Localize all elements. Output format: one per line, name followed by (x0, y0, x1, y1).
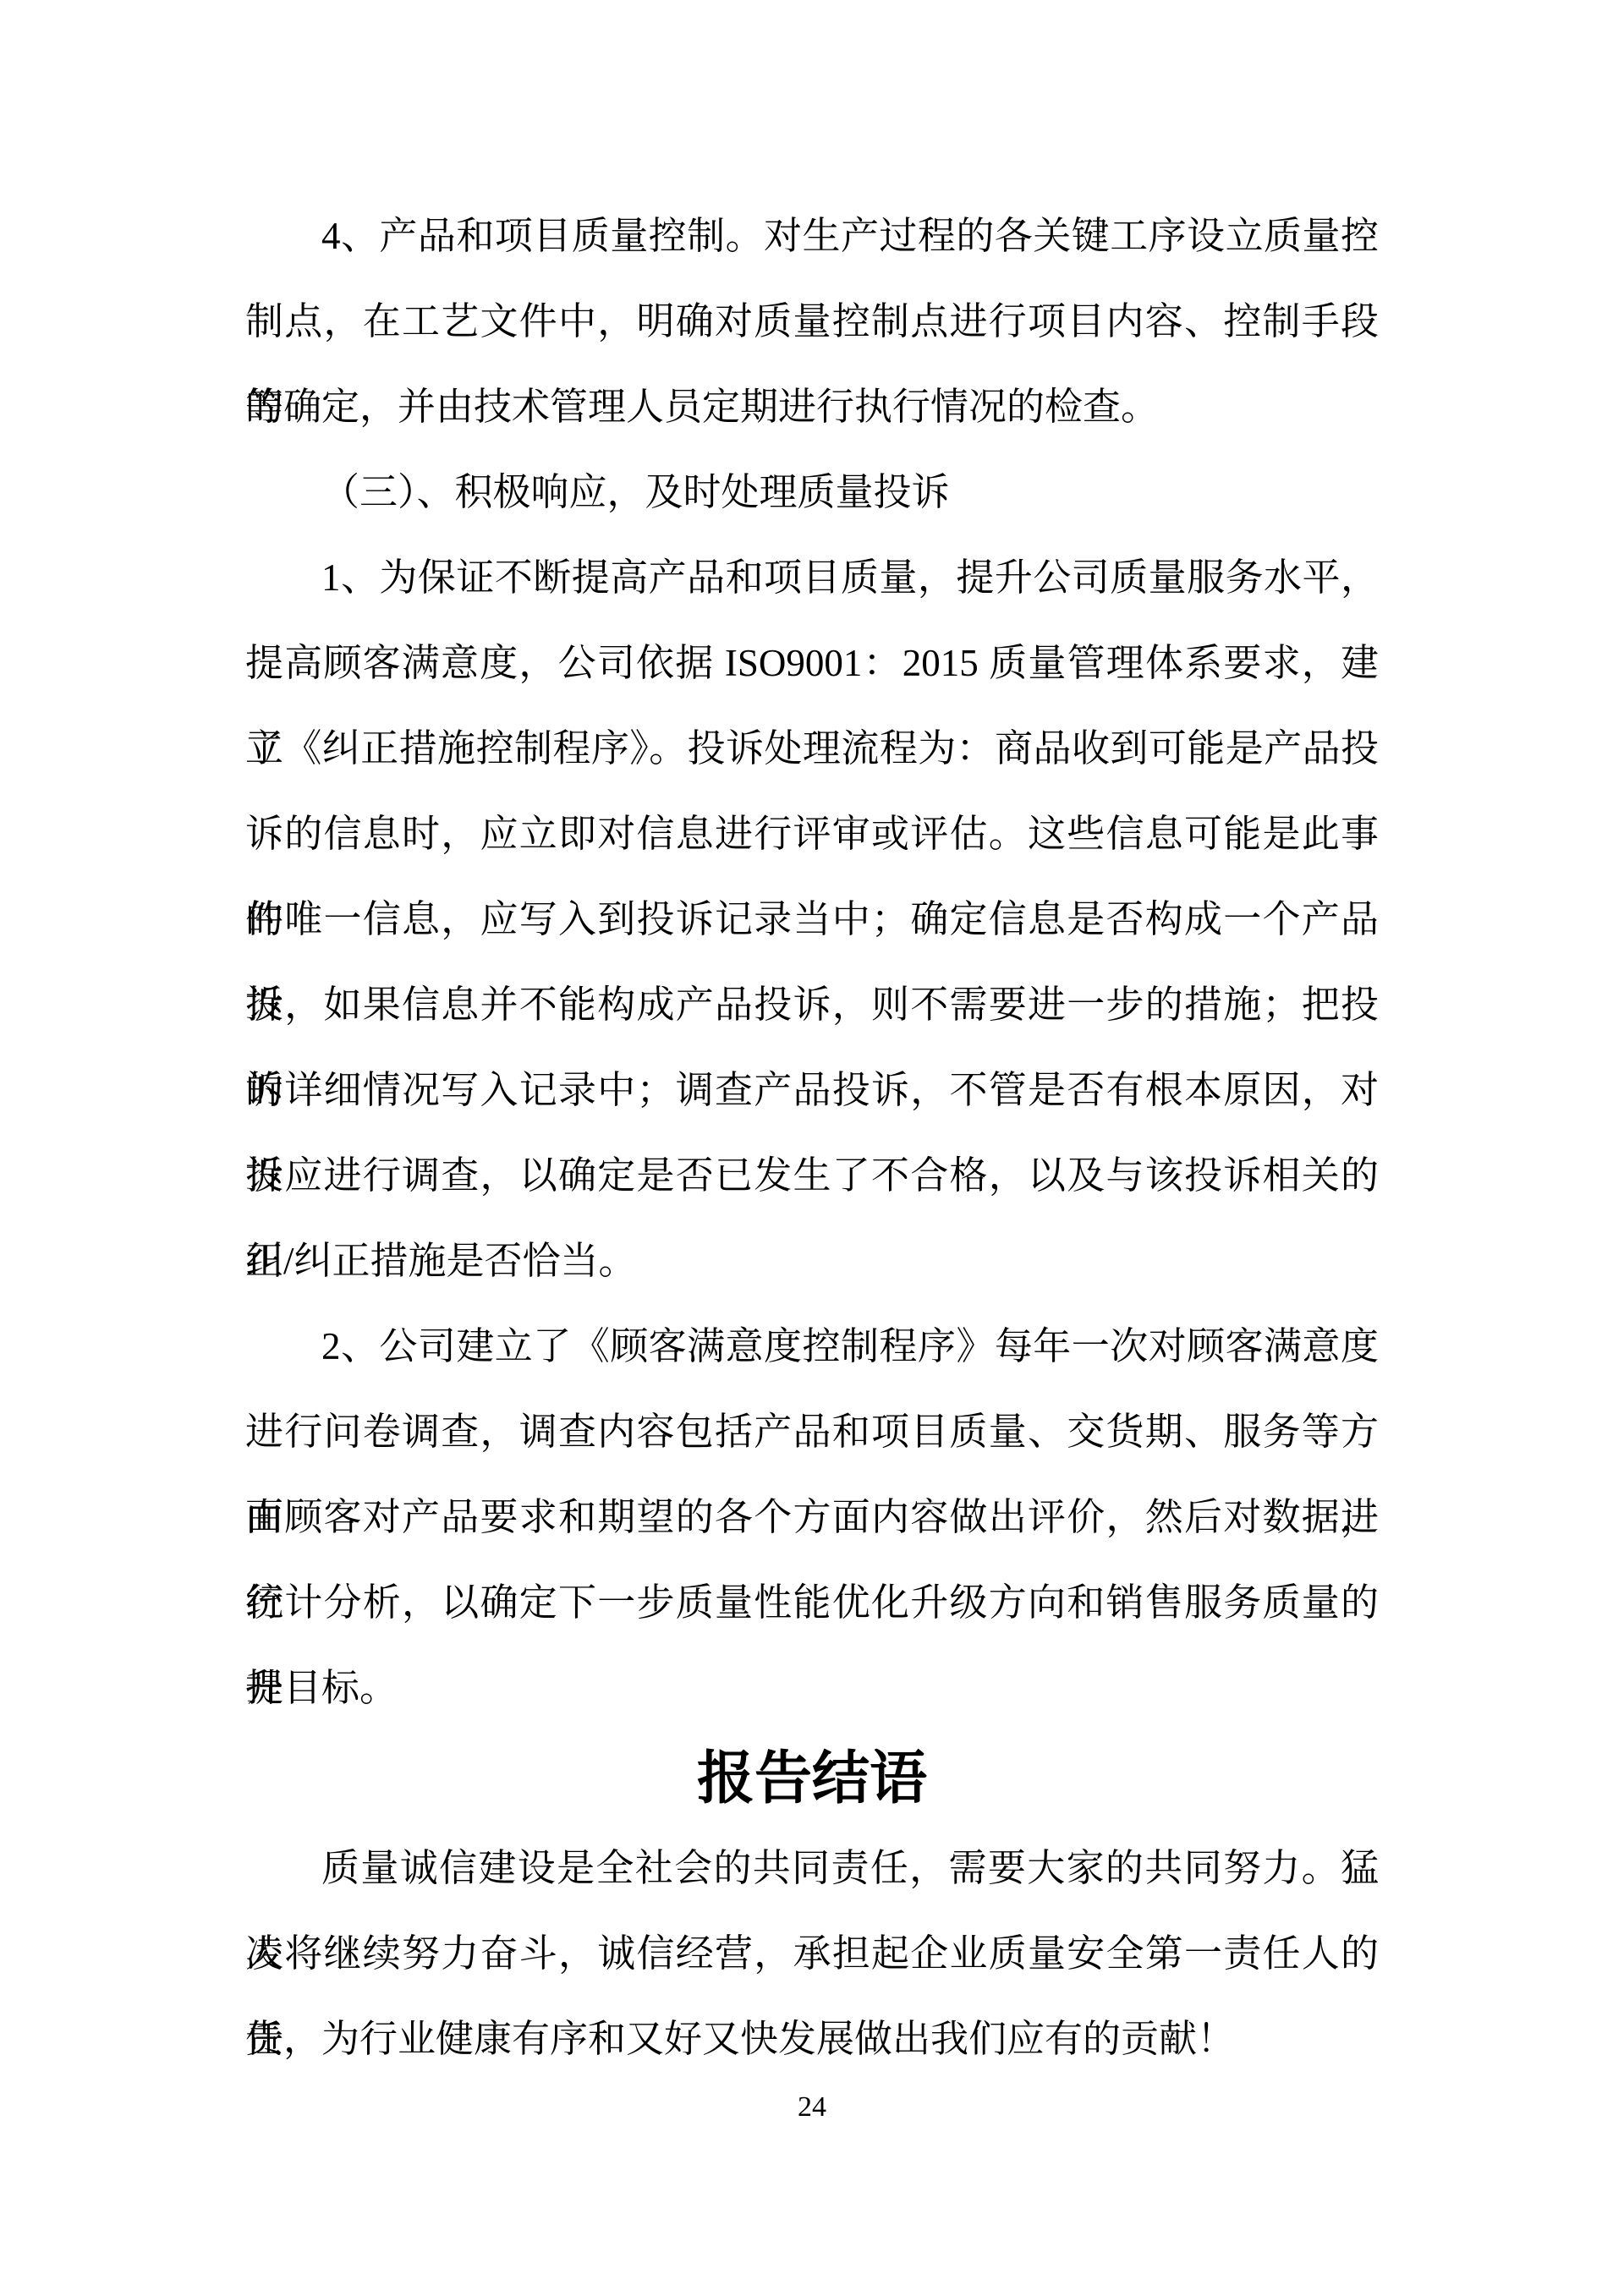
text-line: 的确定，并由技术管理人员定期进行执行情况的检查。 (245, 364, 1379, 450)
paragraph: （三）、积极响应，及时处理质量投诉 (245, 450, 1379, 535)
text-line: 进行问卷调查，调查内容包括产品和项目质量、交货期、服务等方面， (245, 1389, 1379, 1475)
text-line: 了《纠正措施控制程序》。投诉处理流程为：商品收到可能是产品投 (245, 706, 1379, 792)
document-content: 4、产品和项目质量控制。对生产过程的各关键工序设立质量控制点，在工艺文件中，明确… (245, 194, 1379, 2082)
text-line: 的唯一信息，应写入到投诉记录当中；确定信息是否构成一个产品投 (245, 877, 1379, 962)
text-line: 1、为保证不断提高产品和项目质量，提升公司质量服务水平， (245, 535, 1379, 621)
text-line: 诉，如果信息并不能构成产品投诉，则不需要进一步的措施；把投诉 (245, 962, 1379, 1048)
text-line: 提高顾客满意度，公司依据 ISO9001：2015 质量管理体系要求，建立 (245, 621, 1379, 706)
text-line: （三）、积极响应，及时处理质量投诉 (245, 450, 1379, 535)
text-line: 质量诚信建设是全社会的共同责任，需要大家的共同努力。猛凌 (245, 1826, 1379, 1911)
section-heading: 报告结语 (245, 1731, 1379, 1826)
text-line: 正/纠正措施是否恰当。 (245, 1219, 1379, 1304)
paragraph: 质量诚信建设是全社会的共同责任，需要大家的共同努力。猛凌人将继续努力奋斗，诚信经… (245, 1826, 1379, 2082)
text-line: 的详细情况写入记录中；调查产品投诉，不管是否有根本原因，对投 (245, 1048, 1379, 1133)
text-line: 诉应进行调查，以确定是否已发生了不合格，以及与该投诉相关的纠 (245, 1133, 1379, 1219)
text-line: 制点，在工艺文件中，明确对质量控制点进行项目内容、控制手段等 (245, 279, 1379, 364)
paragraph: 2、公司建立了《顾客满意度控制程序》每年一次对顾客满意度进行问卷调查，调查内容包… (245, 1304, 1379, 1731)
text-line: 统计分析，以确定下一步质量性能优化升级方向和销售服务质量的提 (245, 1560, 1379, 1646)
text-line: 由顾客对产品要求和期望的各个方面内容做出评价，然后对数据进行 (245, 1475, 1379, 1560)
text-line: 2、公司建立了《顾客满意度控制程序》每年一次对顾客满意度 (245, 1304, 1379, 1389)
document-page: 4、产品和项目质量控制。对生产过程的各关键工序设立质量控制点，在工艺文件中，明确… (0, 0, 1624, 2296)
text-line: 4、产品和项目质量控制。对生产过程的各关键工序设立质量控 (245, 194, 1379, 279)
text-line: 任，为行业健康有序和又好又快发展做出我们应有的贡献！ (245, 1997, 1379, 2082)
text-line: 人将继续努力奋斗，诚信经营，承担起企业质量安全第一责任人的责 (245, 1911, 1379, 1997)
paragraph: 4、产品和项目质量控制。对生产过程的各关键工序设立质量控制点，在工艺文件中，明确… (245, 194, 1379, 450)
text-line: 升目标。 (245, 1646, 1379, 1731)
page-number: 24 (0, 2091, 1624, 2124)
text-line: 诉的信息时，应立即对信息进行评审或评估。这些信息可能是此事件 (245, 792, 1379, 877)
paragraph: 1、为保证不断提高产品和项目质量，提升公司质量服务水平，提高顾客满意度，公司依据… (245, 535, 1379, 1304)
